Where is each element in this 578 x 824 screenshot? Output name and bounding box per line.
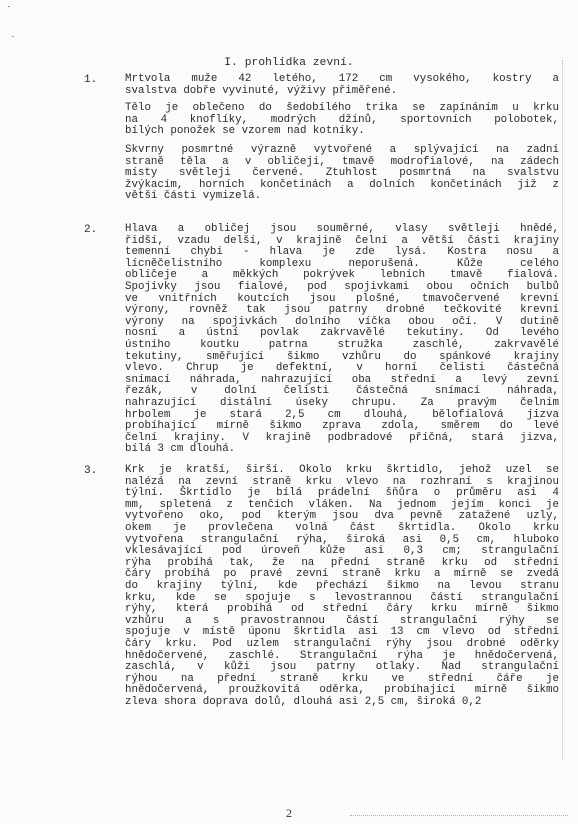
text-line: svalstva dobře vyvinuté, výživy přiměřen…: [125, 86, 559, 98]
scanned-document-page: I. prohlídka zevní. 1. Mrtvola muže 42 l…: [0, 0, 578, 824]
text-line: okem je provlečena volná část škrtidla. …: [125, 523, 559, 535]
text-line: Tělo je oblečeno do šedobílého trika se …: [125, 103, 559, 115]
text-line: Mrtvola muže 42 letého, 172 cm vysokého,…: [125, 74, 559, 86]
text-line: bílá 3 cm dlouhá.: [125, 444, 559, 456]
paragraph: Hlava a obličej jsou souměrné, vlasy svě…: [125, 224, 559, 456]
text-line: čáry krku. Pod uzlem strangulační rýhy j…: [125, 639, 559, 651]
text-line: Krk je kratší, širší. Okolo krku škrtidl…: [125, 465, 559, 477]
scan-speck: [8, 6, 10, 7]
text-line: ústního koutku patrna stružka zaschlé, z…: [125, 340, 559, 352]
text-line: probíhající mírně šikmo zprava zdola, sm…: [125, 421, 559, 433]
text-line: bílých ponožek se vzorem nad kotníky.: [125, 126, 559, 138]
item-number: 3.: [84, 465, 97, 477]
scan-bottom-noise: [350, 815, 568, 818]
text-line: vklesávající pod úroveň kůže asi 0,3 cm;…: [125, 546, 559, 558]
text-line: Spojivky jsou fialové, pod spojivkami ob…: [125, 282, 559, 294]
scan-edge-noise: [562, 60, 564, 760]
text-line: nahrazující distální úseky chrupu. Za pr…: [125, 398, 559, 410]
page-number: 2: [0, 806, 578, 821]
document-title: I. prohlídka zevní.: [0, 57, 578, 69]
paragraph: Skvrny posmrtné výrazně vytvořené a splý…: [125, 145, 559, 203]
paragraph: Mrtvola muže 42 letého, 172 cm vysokého,…: [125, 74, 559, 97]
text-line: rýhy, která probíhá od střední čáry krku…: [125, 604, 559, 616]
text-line: vlevo. Chrup je defektní, v horní čelist…: [125, 363, 559, 375]
text-line: výrony, rovněž tak jsou patrny drobné te…: [125, 305, 559, 317]
text-line: do krajiny týlní, kde přechází šikmo na …: [125, 581, 559, 593]
item-number: 1.: [84, 74, 97, 86]
text-line: zaschlá, v kůži jsou patrny otlaky. Nad …: [125, 662, 559, 674]
text-line: zleva shora doprava dolů, dlouhá asi 2,5…: [125, 697, 559, 709]
paragraph: Tělo je oblečeno do šedobílého trika se …: [125, 103, 559, 138]
text-line: větší části vymizelá.: [125, 191, 559, 203]
item-number: 2.: [84, 224, 97, 236]
text-line: Skvrny posmrtné výrazně vytvořené a splý…: [125, 145, 559, 157]
text-line: Hlava a obličej jsou souměrné, vlasy svě…: [125, 224, 559, 236]
paragraph: Krk je kratší, širší. Okolo krku škrtidl…: [125, 465, 559, 708]
scan-speck: [12, 36, 14, 37]
